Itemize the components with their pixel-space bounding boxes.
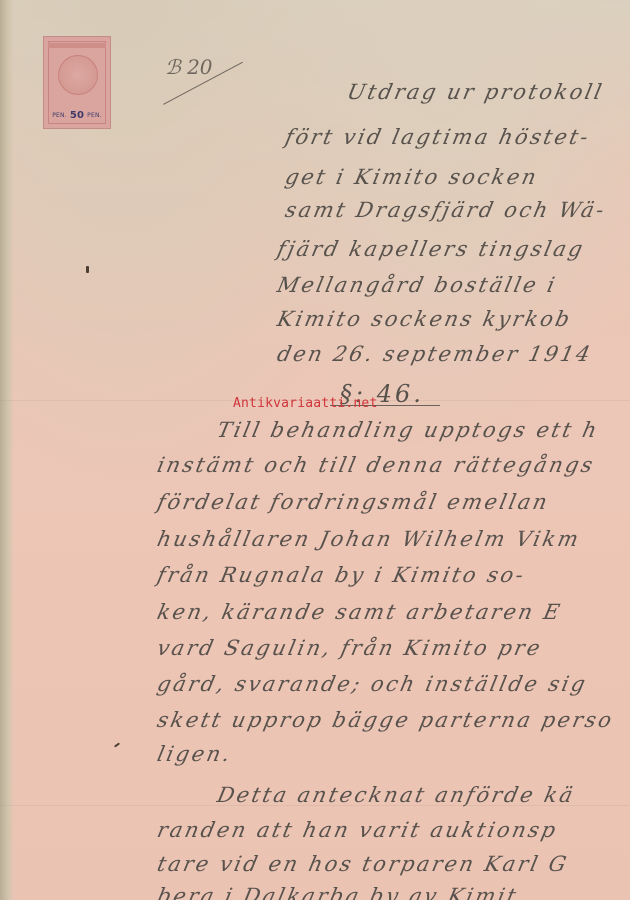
ink-speck xyxy=(86,266,89,273)
header-line: samt Dragsfjärd och Wä- xyxy=(283,198,608,222)
header-line: Utdrag ur protokoll xyxy=(345,80,606,104)
body-line: hushållaren Johan Wilhelm Vikm xyxy=(155,527,583,551)
stamp-value: 50 xyxy=(70,110,84,121)
body-line: randen att han varit auktionsp xyxy=(155,818,560,842)
body-line: Detta antecknat anförde kä xyxy=(215,783,577,807)
stamp-top-band xyxy=(48,43,106,48)
body-line: ken, kärande samt arbetaren E xyxy=(155,600,564,624)
body-line: ligen. xyxy=(155,742,235,766)
body-line: instämt och till denna rättegångs xyxy=(155,453,597,477)
body-line: tare vid en hos torparen Karl G xyxy=(155,852,571,876)
header-line: fjärd kapellers tingslag xyxy=(275,237,587,261)
stamp-left-label: PEN. xyxy=(52,112,67,119)
body-line: vard Sagulin, från Kimito pre xyxy=(155,636,545,660)
folio-mark: ℬ 20 xyxy=(165,55,213,79)
body-line: Till behandling upptogs ett h xyxy=(215,418,601,442)
page-left-edge xyxy=(0,0,14,900)
body-line: bera i Dalkarba by av Kimit xyxy=(155,884,521,900)
header-line: Kimito sockens kyrkob xyxy=(275,307,574,331)
body-line: fördelat fordringsmål emellan xyxy=(155,490,552,514)
header-line: get i Kimito socken xyxy=(283,165,541,189)
body-line: skett upprop bägge parterna perso xyxy=(155,708,616,732)
stamp-right-label: PEN. xyxy=(87,112,102,119)
header-line: fört vid lagtima höstet- xyxy=(283,125,593,149)
revenue-stamp: PEN. 50 PEN. xyxy=(43,36,111,129)
header-line: den 26. september 1914 xyxy=(275,342,595,366)
body-line: från Rugnala by i Kimito so- xyxy=(155,563,528,587)
header-line: Mellangård boställe i xyxy=(275,273,559,297)
stamp-value-band: PEN. 50 PEN. xyxy=(48,108,106,122)
ink-speck xyxy=(114,742,120,747)
body-line: gård, svarande; och inställde sig xyxy=(155,672,590,696)
watermark-text: Antikvariaatti.net xyxy=(233,396,377,411)
stamp-emblem-icon xyxy=(58,55,98,95)
